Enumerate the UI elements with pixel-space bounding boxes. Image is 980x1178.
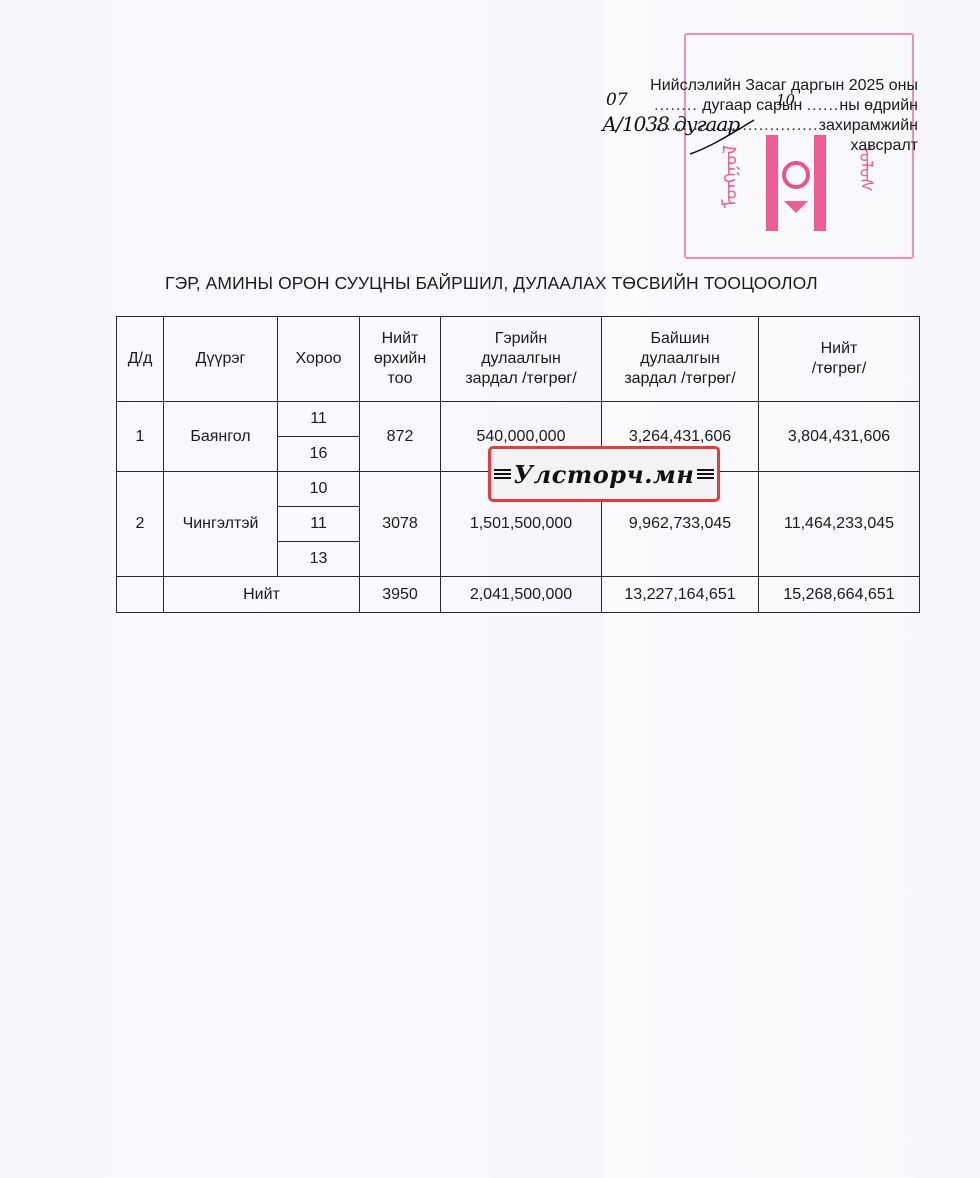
table-row: 1 Баянгол 11 872 540,000,000 3,264,431,6… <box>117 402 920 437</box>
row-khoroo: 13 <box>278 542 360 577</box>
row-total: 3,804,431,606 <box>759 402 920 472</box>
header-line-4: хавсралт <box>598 136 918 156</box>
document-page: ᠮᠣᠩᠭᠣᠯ ᠤᠯᠤᠰ Нийслэлийн Засаг даргын 2025… <box>0 0 980 1178</box>
row-district: Чингэлтэй <box>164 472 278 577</box>
header-no: Д/д <box>117 317 164 402</box>
row-no: 1 <box>117 402 164 472</box>
site-watermark: Улсторч.мн <box>488 446 720 502</box>
wing-left-icon <box>494 469 511 479</box>
row-district: Баянгол <box>164 402 278 472</box>
header-khoroo: Хороо <box>278 317 360 402</box>
header-line-1: Нийслэлийн Засаг даргын 2025 оны <box>598 76 918 96</box>
row-no: 2 <box>117 472 164 577</box>
total-total: 15,268,664,651 <box>759 577 920 613</box>
total-ger-cost: 2,041,500,000 <box>441 577 602 613</box>
document-title: ГЭР, АМИНЫ ОРОН СУУЦНЫ БАЙРШИЛ, ДУЛААЛАХ… <box>165 273 818 294</box>
handwritten-day: 10 <box>776 90 795 110</box>
table-header-row: Д/д Дүүрэг Хороо Нийт өрхийн тоо Гэрийн … <box>117 317 920 402</box>
header-households: Нийт өрхийн тоо <box>360 317 441 402</box>
header-line-3: А/1038 дугаар ..........................… <box>598 116 918 136</box>
handwritten-month: 07 <box>606 90 628 110</box>
total-label: Нийт <box>164 577 360 613</box>
watermark-text: Улсторч.мн <box>514 460 695 489</box>
row-khoroo: 11 <box>278 402 360 437</box>
header-house-cost: Байшин дулаалгын зардал /төгрөг/ <box>602 317 759 402</box>
row-households: 872 <box>360 402 441 472</box>
row-khoroo: 11 <box>278 507 360 542</box>
appendix-header: Нийслэлийн Засаг даргын 2025 оны 07 10 .… <box>598 76 918 156</box>
header-ger-cost: Гэрийн дулаалгын зардал /төгрөг/ <box>441 317 602 402</box>
total-house-cost: 13,227,164,651 <box>602 577 759 613</box>
total-households: 3950 <box>360 577 441 613</box>
row-households: 3078 <box>360 472 441 577</box>
total-no-empty <box>117 577 164 613</box>
table-total-row: Нийт 3950 2,041,500,000 13,227,164,651 1… <box>117 577 920 613</box>
row-khoroo: 10 <box>278 472 360 507</box>
header-total: Нийт /төгрөг/ <box>759 317 920 402</box>
header-district: Дүүрэг <box>164 317 278 402</box>
row-khoroo: 16 <box>278 437 360 472</box>
wing-right-icon <box>697 469 714 479</box>
row-total: 11,464,233,045 <box>759 472 920 577</box>
